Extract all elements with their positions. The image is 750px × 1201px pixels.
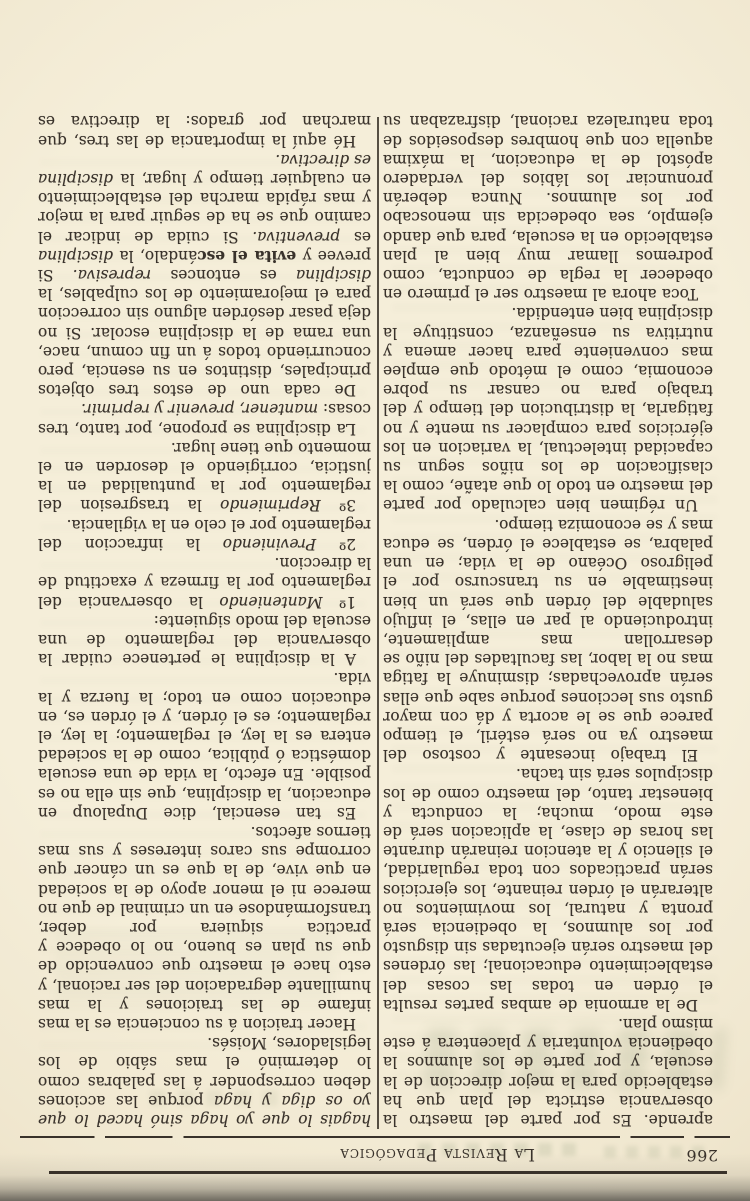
paragraph: 1º Manteniendo la observancia del reglam… — [38, 553, 371, 611]
paragraph: La disciplina se propone, por tanto, tre… — [38, 399, 371, 437]
paragraph: A la disciplina le pertenece cuidar la o… — [38, 611, 371, 669]
paragraph: 3º Reprimiendo la trasgresion del reglam… — [38, 438, 371, 515]
paragraph: Hé aquí la importancia de las tres, que … — [38, 111, 371, 150]
paragraph: Es tan esencial, dice Dupaloup en educac… — [38, 668, 371, 822]
page-number: 266 — [686, 1146, 718, 1165]
paragraph: Hacer traicion á su conciencia es la mas… — [38, 822, 371, 1033]
printed-page-rotated-180: 266 La Revista Pedagógica aprende. Es po… — [0, 0, 750, 1201]
running-head: 266 La Revista Pedagógica — [37, 1136, 713, 1174]
header-rule-bottom — [20, 1136, 730, 1138]
paragraph: De la armonia de ambas partes resulta el… — [383, 764, 713, 1014]
column-divider-rule — [377, 117, 379, 1129]
column-right: hagais lo que yo haga sinó haced lo que … — [38, 111, 371, 1129]
paragraph: Un régimen bien calculado por parte del … — [383, 303, 713, 514]
paragraph: 2º Previniendo la infraccion del reglame… — [38, 515, 371, 553]
scanned-page-sheet: 266 La Revista Pedagógica aprende. Es po… — [0, 0, 750, 1201]
paragraph: El trabajo incesante y costoso del maest… — [383, 515, 713, 765]
paragraph: hagais lo que yo haga sinó haced lo que … — [38, 1033, 371, 1129]
text-body: aprende. Es por parte del maestro la obs… — [37, 111, 713, 1129]
paragraph: Toca ahora al maestro ser el primero en … — [383, 111, 713, 303]
paragraph: aprende. Es por parte del maestro la obs… — [383, 1014, 713, 1129]
paragraph: De cada uno de estos tres objetos princi… — [38, 150, 371, 400]
journal-title: La Revista Pedagógica — [340, 1145, 535, 1164]
column-left: aprende. Es por parte del maestro la obs… — [383, 111, 713, 1129]
header-rule-top — [49, 1171, 727, 1174]
